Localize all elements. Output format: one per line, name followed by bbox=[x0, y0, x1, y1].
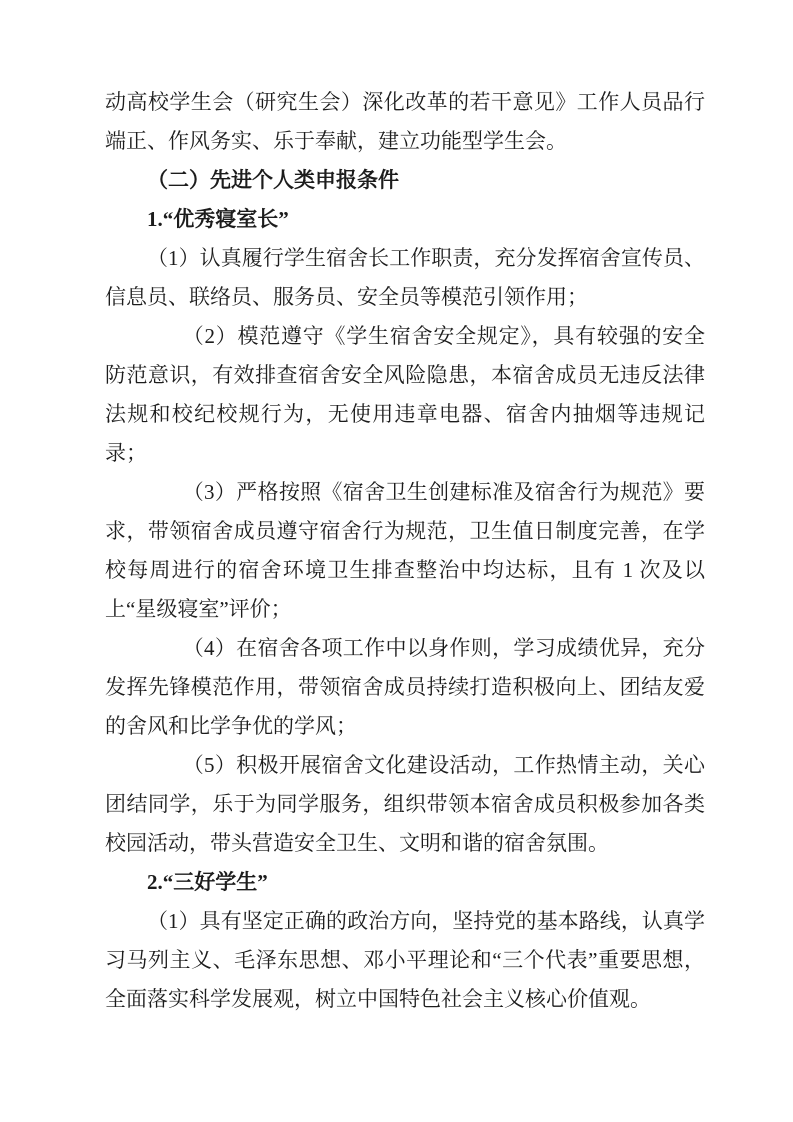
section-heading: （二）先进个人类申报条件 bbox=[105, 161, 705, 200]
body-paragraph: （2）模范遵守《学生宿舍安全规定》，具有较强的安全防范意识，有效排查宿舍安全风险… bbox=[105, 317, 705, 473]
section-heading: 2.“三好学生” bbox=[105, 863, 705, 902]
body-paragraph: （4）在宿舍各项工作中以身作则，学习成绩优异，充分发挥先锋模范作用，带领宿舍成员… bbox=[105, 629, 705, 746]
section-heading: 1.“优秀寝室长” bbox=[105, 200, 705, 239]
body-paragraph: （1）具有坚定正确的政治方向，坚持党的基本路线，认真学习马列主义、毛泽东思想、邓… bbox=[105, 902, 705, 1019]
body-paragraph: （1）认真履行学生宿舍长工作职责，充分发挥宿舍宣传员、信息员、联络员、服务员、安… bbox=[105, 239, 705, 317]
document-page: 动高校学生会（研究生会）深化改革的若干意见》工作人员品行端正、作风务实、乐于奉献… bbox=[0, 0, 793, 1122]
body-paragraph: （5）积极开展宿舍文化建设活动，工作热情主动，关心团结同学，乐于为同学服务，组织… bbox=[105, 746, 705, 863]
body-paragraph: 动高校学生会（研究生会）深化改革的若干意见》工作人员品行端正、作风务实、乐于奉献… bbox=[105, 83, 705, 161]
document-body: 动高校学生会（研究生会）深化改革的若干意见》工作人员品行端正、作风务实、乐于奉献… bbox=[105, 83, 705, 1019]
body-paragraph: （3）严格按照《宿舍卫生创建标准及宿舍行为规范》要求，带领宿舍成员遵守宿舍行为规… bbox=[105, 473, 705, 629]
